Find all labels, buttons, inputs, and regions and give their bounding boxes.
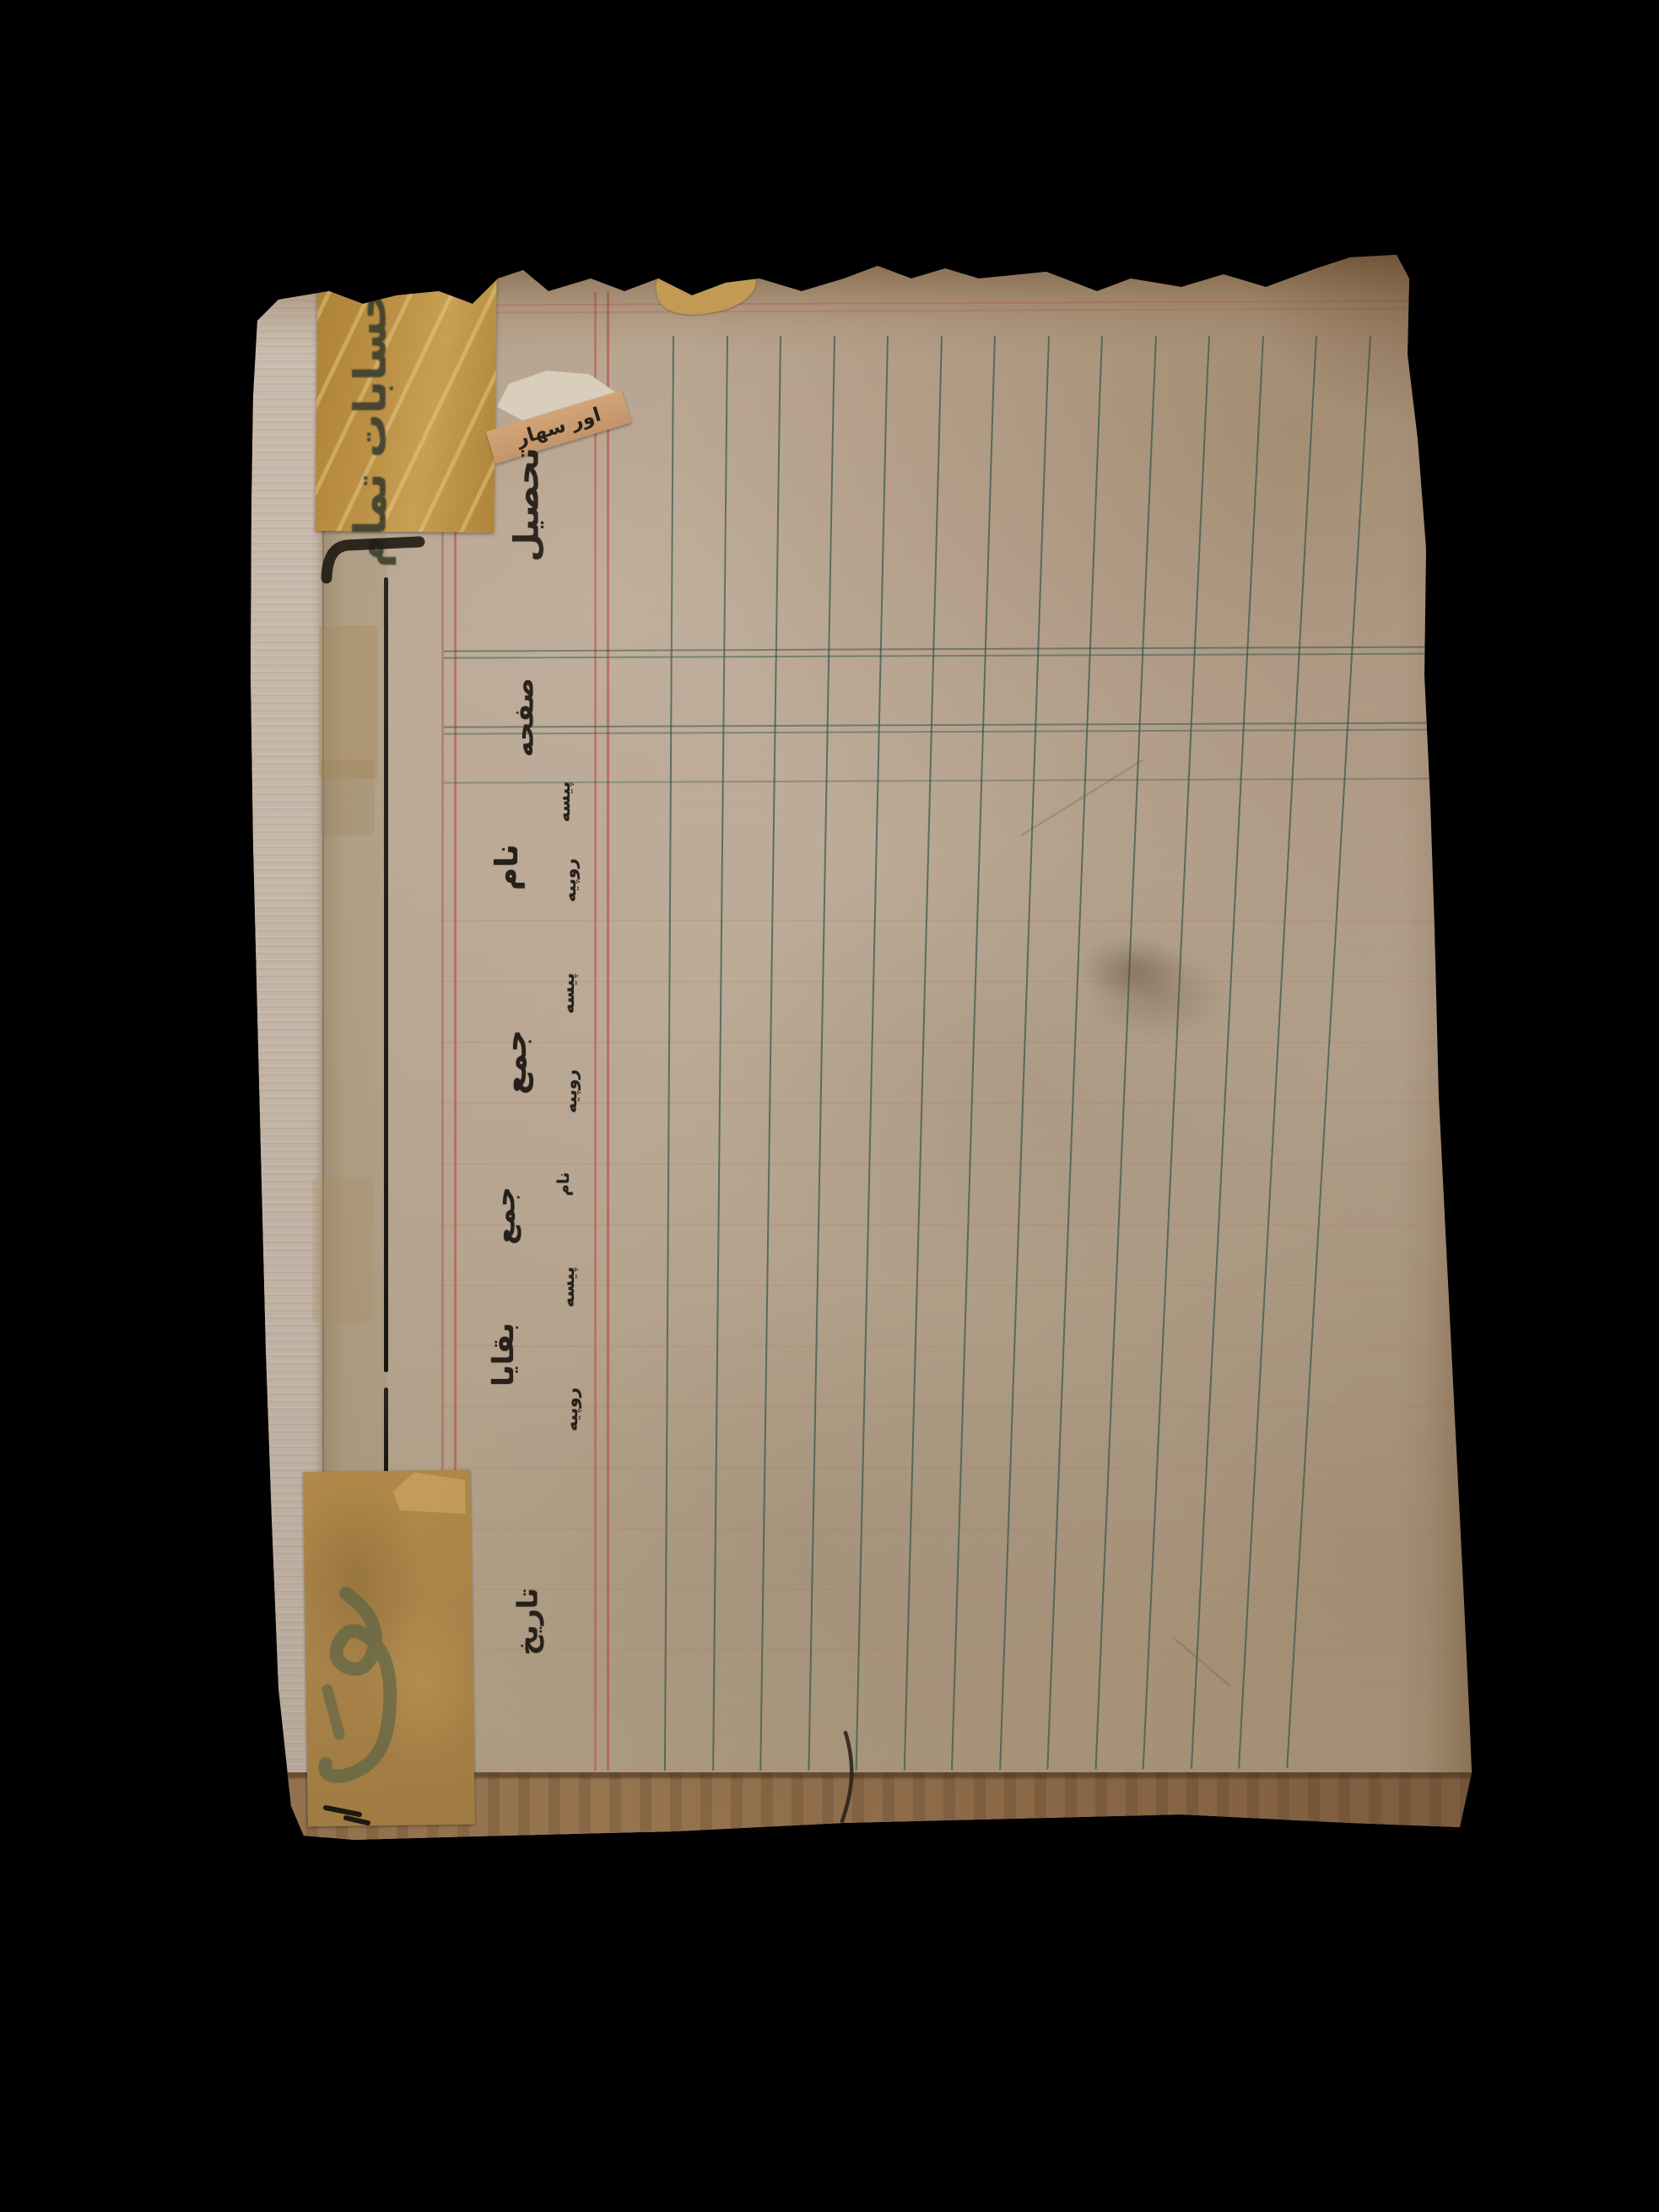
subcolumn-paisa-text: پیسه: [558, 973, 578, 1014]
column-header-tareekh-text: تاریخ: [511, 1587, 544, 1655]
ledger-vertical-rule: [1190, 336, 1263, 1769]
ledger-vertical-rule: [759, 336, 781, 1771]
column-header-naam: نام: [483, 831, 530, 902]
subcolumn-paisa-text: پیسه: [554, 782, 574, 822]
subcolumn-naam-small: نام: [546, 1160, 581, 1208]
ledger-vertical-rule: [1143, 336, 1210, 1769]
tape-remnant-patch: [312, 1177, 373, 1322]
ledger-vertical-rule: [808, 336, 835, 1771]
subcolumn-paisa-text: پیسه: [558, 1267, 578, 1307]
ledger-notebook-cover: اور سهار حسابات تمام تحصیل صفحه پیسه روپ…: [245, 236, 1481, 1844]
ledger-vertical-rule: [712, 336, 728, 1771]
subcolumn-paisa: پیسه: [548, 968, 587, 1019]
column-header-naam-text: نام: [489, 844, 525, 890]
ledger-vertical-rule: [951, 336, 996, 1770]
ink-dot: [1256, 1819, 1262, 1824]
ledger-vertical-rule: [856, 336, 889, 1771]
column-header-jama-2: جمع: [481, 1182, 528, 1249]
ledger-vertical-rule: [1286, 336, 1371, 1768]
tape-remnant-patch: [319, 625, 378, 779]
brown-tape-bottom-left: [303, 1470, 475, 1827]
column-header-safha-text: صفحه: [510, 678, 540, 756]
ink-dot: [1307, 1822, 1311, 1826]
ledger-vertical-rule: [903, 336, 942, 1770]
subcolumn-rupiya: روپیه: [551, 1063, 590, 1119]
column-header-baqaya: بقایا: [478, 1317, 529, 1393]
column-header-jama: جمع: [489, 1026, 540, 1097]
subcolumn-rupiya-text: روپیه: [561, 1387, 581, 1431]
column-header-tehsil: تحصیل: [502, 452, 553, 557]
cover-title-text: حسابات تمام: [346, 288, 397, 567]
ledger-vertical-rule: [1046, 336, 1103, 1770]
red-rule-right-a: [594, 292, 597, 1771]
photo-background: اور سهار حسابات تمام تحصیل صفحه پیسه روپ…: [0, 0, 1659, 2212]
subcolumn-rupiya-text: روپیه: [560, 1069, 581, 1113]
cover-title: حسابات تمام: [332, 289, 410, 567]
subcolumn-paisa: پیسه: [544, 776, 583, 827]
ink-margin-line-lower: [384, 1387, 388, 1472]
column-header-jama2-text: جمع: [489, 1187, 521, 1244]
ledger-vertical-rule: [1238, 336, 1317, 1769]
subcolumn-rupiya: روپیه: [552, 1382, 591, 1437]
column-header-safha: صفحه: [501, 679, 548, 755]
torn-paper-fragment: [610, 263, 639, 289]
subcolumn-rupiya-text: روپیه: [559, 858, 580, 902]
ledger-vertical-rule: [1094, 336, 1156, 1770]
subcolumn-paisa: پیسه: [548, 1262, 587, 1312]
column-header-tareekh: تاریخ: [502, 1583, 553, 1659]
subcolumn-rupiya: روپیه: [550, 852, 589, 908]
tape-remnant-patch: [321, 760, 375, 836]
ink-margin-line-upper: [384, 577, 388, 1372]
red-rule-right-b: [607, 292, 609, 1771]
ledger-vertical-rule: [664, 336, 674, 1771]
ledger-vertical-rule: [999, 336, 1050, 1770]
column-header-jama-text: جمع: [497, 1030, 533, 1095]
column-header-baqaya-text: بقایا: [487, 1322, 521, 1387]
subcolumn-naam-text: نام: [554, 1172, 573, 1196]
column-header-tehsil-text: تحصیل: [508, 447, 547, 561]
